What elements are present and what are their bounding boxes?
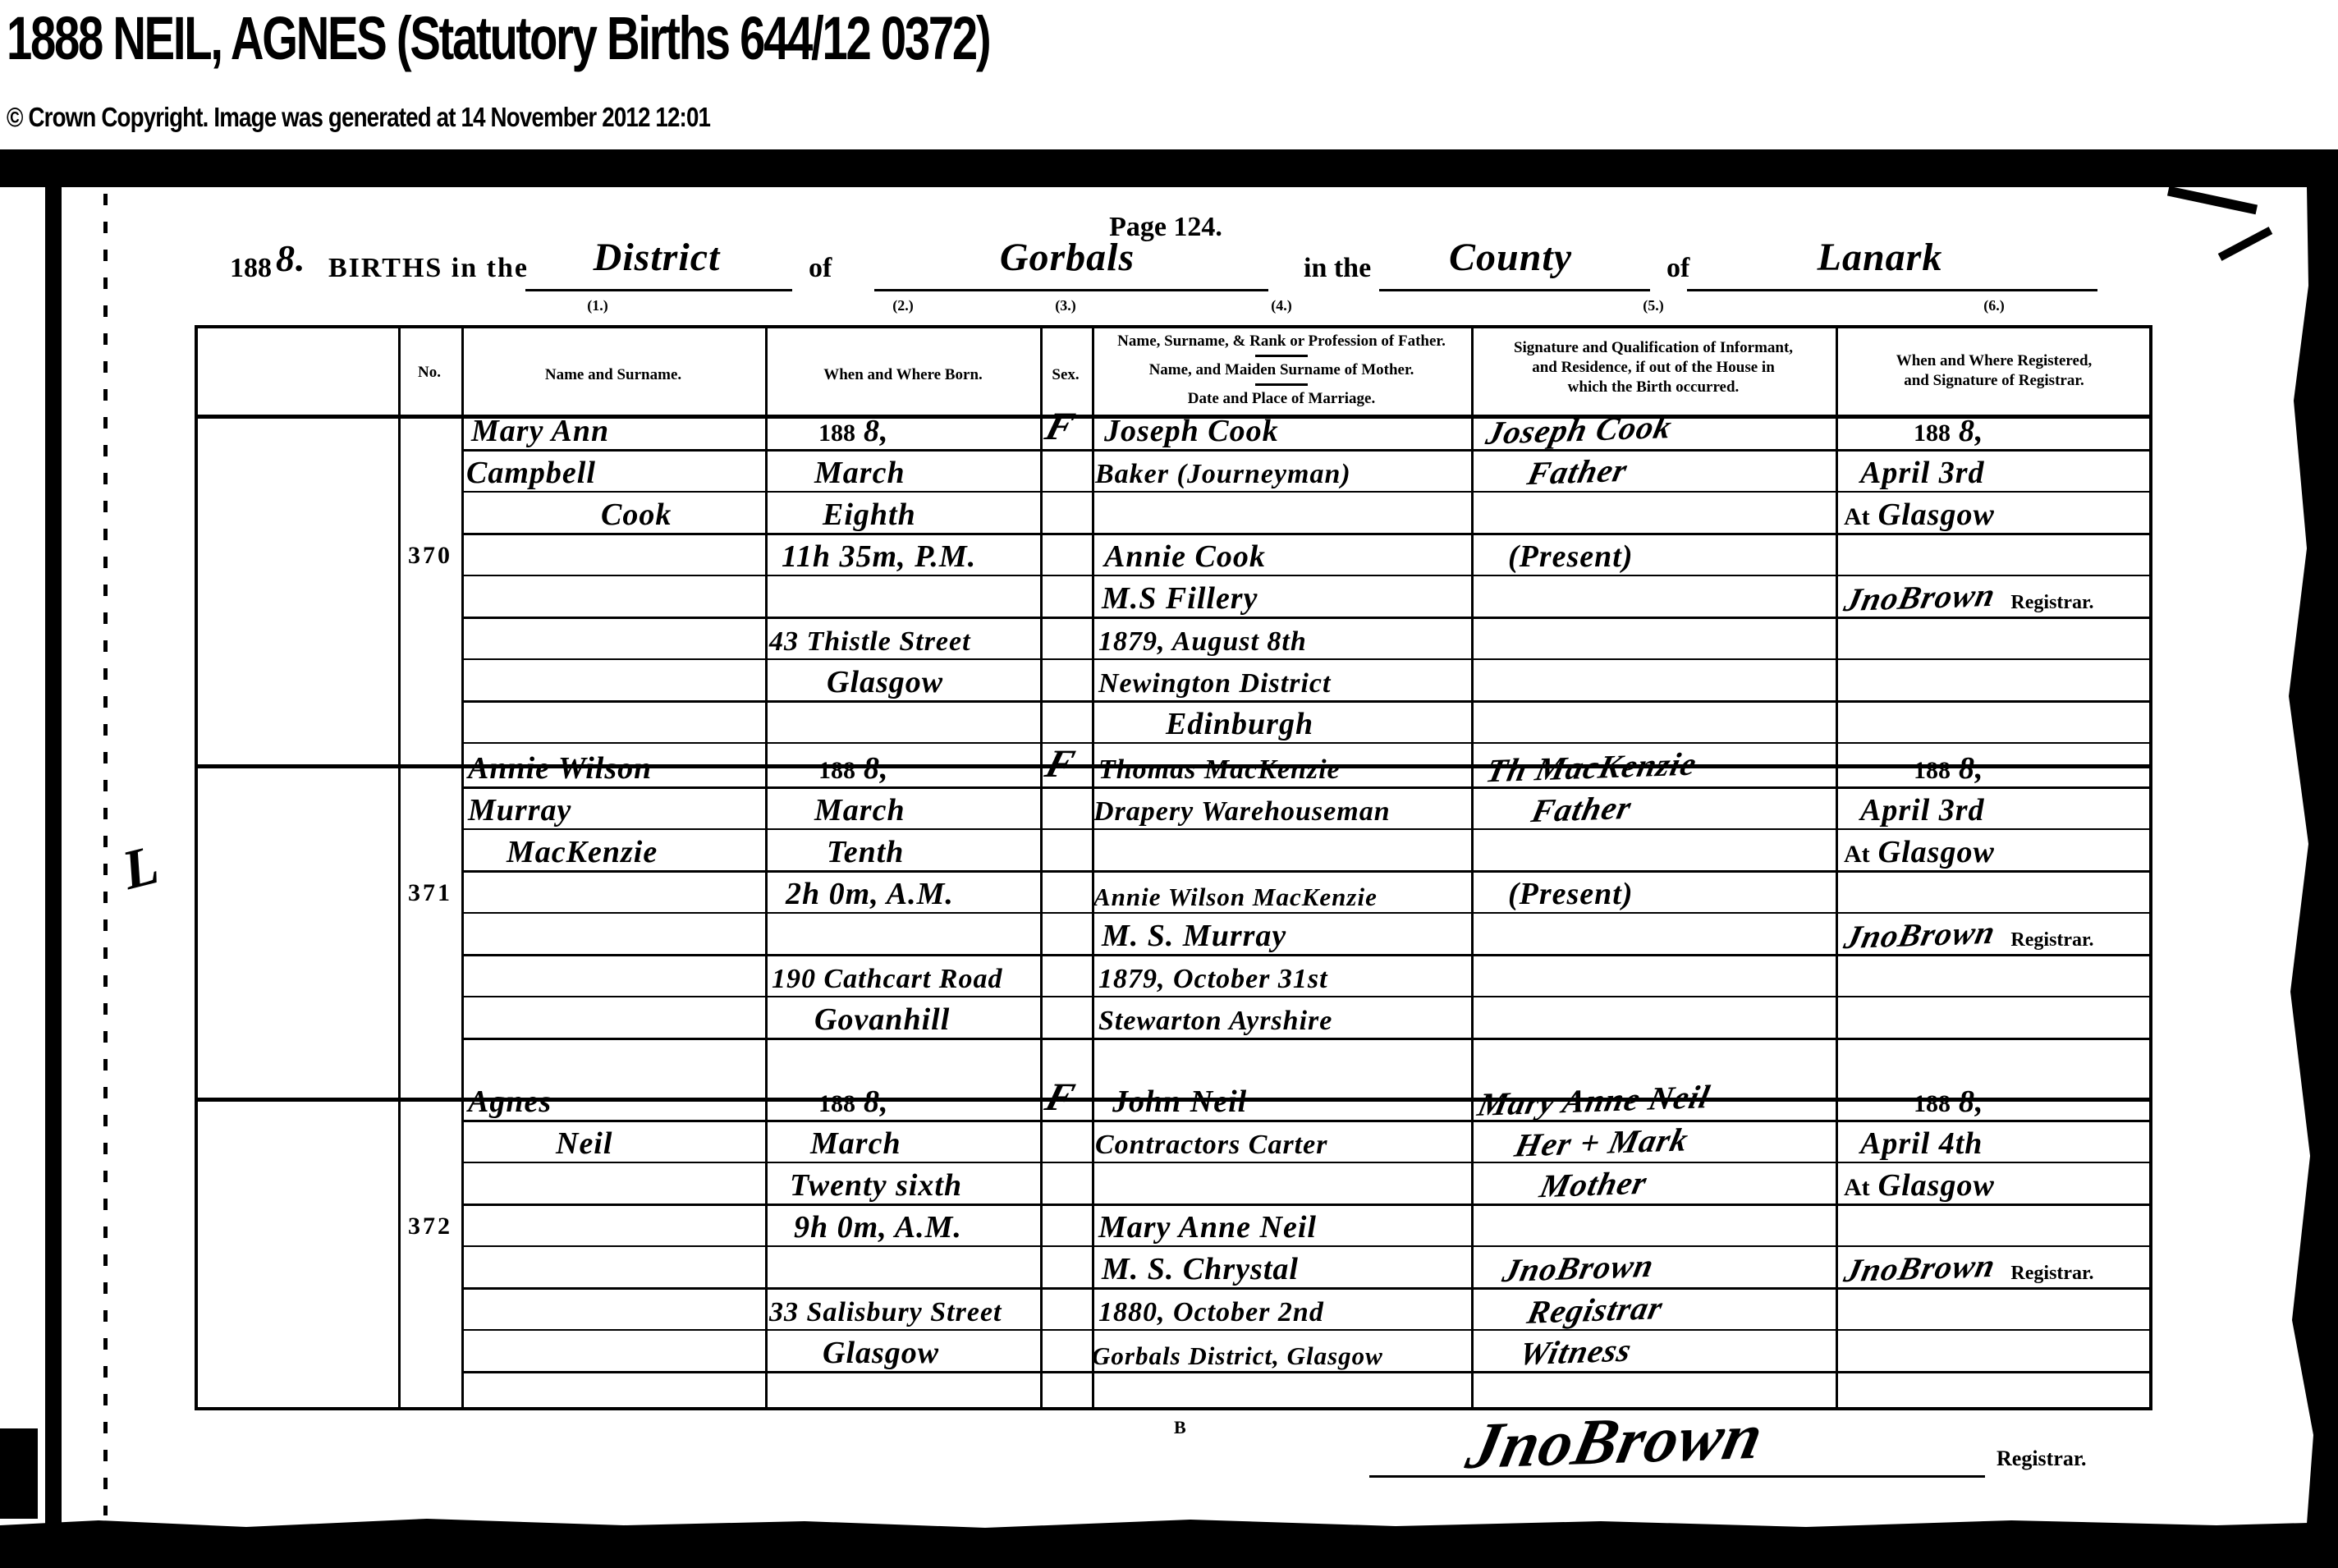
blank-underline [874, 289, 1268, 291]
entry-line: Govanhill [814, 1004, 950, 1035]
column-number-label: (2.) [892, 297, 914, 314]
entry-line: Twenty sixth [790, 1170, 962, 1201]
entry-line: Th MacKenzie [1488, 751, 1695, 784]
handwritten-text: Mary Anne Neil [1098, 1212, 1317, 1243]
entry-line: 1879, October 31st [1098, 965, 1328, 993]
ruled-line [461, 449, 2152, 452]
entry-line: M. S. Murray [1102, 920, 1286, 951]
printed-text: Registrar. [2010, 592, 2093, 613]
entry-line: Annie Wilson [468, 753, 652, 784]
entry-line: 2h 0m, A.M. [786, 878, 954, 910]
entry-line: Witness [1520, 1336, 1630, 1369]
entry-line: Father [1529, 456, 1626, 488]
handwritten-text: 8, [864, 753, 889, 784]
handwritten-text: Drapery Warehouseman [1093, 798, 1391, 826]
scanned-register-page: 1888 NEIL, AGNES (Statutory Births 644/1… [0, 0, 2338, 1568]
column-header-registered: When and Where Registered, and Signature… [1842, 351, 2146, 391]
entry-line: (Present) [1508, 541, 1634, 572]
handwritten-text: Govanhill [814, 1004, 950, 1035]
column-header-no: No. [418, 361, 441, 384]
entry-line: AtGlasgow [1844, 1170, 1995, 1201]
column-header-line: and Signature of Registrar. [1904, 371, 2084, 391]
scan-fold-line [103, 194, 108, 1515]
printed-text: At [1844, 841, 1870, 868]
printed-text: 188 [818, 757, 855, 784]
entry-line: F [1047, 745, 1074, 784]
handwritten-text: Father [1524, 454, 1630, 490]
entry-line: March [810, 1128, 901, 1159]
ruled-line [461, 575, 2152, 576]
entry-line: March [814, 457, 905, 488]
handwritten-text: MacKenzie [507, 837, 658, 868]
entry-line: JnoBrown [1504, 1252, 1653, 1285]
handwritten-text: Witness [1516, 1334, 1634, 1371]
entry-line: JnoBrownRegistrar. [1845, 1252, 2094, 1285]
entry-line: Annie Wilson MacKenzie [1093, 884, 1378, 910]
district-name-handwritten: Gorbals [1000, 238, 1135, 277]
handwritten-text: Glasgow [823, 1337, 939, 1369]
column-header-line: Signature and Qualification of Informant… [1514, 338, 1793, 358]
handwritten-text: Annie Wilson MacKenzie [1093, 884, 1378, 910]
copyright-line: © Crown Copyright. Image was generated a… [7, 102, 710, 133]
entry-line: 1888, [818, 1086, 889, 1117]
handwritten-text: 11h 35m, P.M. [782, 541, 976, 572]
ruled-line [461, 742, 2152, 744]
handwritten-text: Contractors Carter [1095, 1131, 1327, 1159]
entry-line: Glasgow [827, 667, 943, 698]
column-header-line: which the Birth occurred. [1568, 378, 1740, 397]
ruled-line [461, 870, 2152, 873]
of-label-2: of [1666, 253, 1689, 284]
entry-line: March [814, 795, 905, 826]
handwritten-text: Eighth [823, 499, 916, 530]
handwritten-text: JnoBrown [1500, 1249, 1657, 1287]
entry-line: 1888, [1914, 753, 1984, 784]
handwritten-text: Mary Anne Neil [1475, 1080, 1713, 1121]
printed-text: Registrar. [2010, 1263, 2093, 1284]
entry-line: Murray [468, 795, 571, 826]
entry-number: 372 [408, 1213, 452, 1240]
entry-line: Edinburgh [1166, 708, 1313, 740]
handwritten-text: (Present) [1508, 878, 1634, 910]
printed-text: 188 [1914, 1090, 1951, 1117]
handwritten-text: Glasgow [1878, 1170, 1995, 1201]
handwritten-text: Tenth [827, 837, 904, 868]
county-word-handwritten: County [1449, 238, 1572, 277]
registrar-signature: JnoBrown [1469, 1409, 1761, 1474]
handwritten-text: Her + Mark [1512, 1123, 1692, 1162]
district-word-handwritten: District [594, 238, 721, 277]
entry-number: 370 [408, 542, 452, 570]
entry-line: Glasgow [823, 1337, 939, 1369]
ruled-line [461, 828, 2152, 830]
column-header-line: and Residence, if out of the House in [1532, 358, 1775, 378]
corner-blob [2167, 186, 2258, 215]
handwritten-text: Glasgow [1878, 499, 1995, 530]
handwritten-text: F [1041, 407, 1080, 447]
handwritten-text: Glasgow [827, 667, 943, 698]
handwritten-text: Twenty sixth [790, 1170, 962, 1201]
ruled-line [461, 1120, 2152, 1122]
column-header-line: Name, Surname, & Rank or Profession of F… [1117, 332, 1446, 351]
ruled-line [461, 533, 2152, 535]
margin-mark: L [117, 836, 164, 898]
column-header-informant: Signature and Qualification of Informant… [1478, 338, 1829, 397]
handwritten-text: JnoBrown [1461, 1404, 1769, 1479]
handwritten-text: 2h 0m, A.M. [786, 878, 954, 910]
entry-line: 190 Cathcart Road [772, 965, 1002, 993]
handwritten-text: Joseph Cook [1483, 410, 1676, 450]
handwritten-text: 8, [1959, 753, 1984, 784]
handwritten-text: March [810, 1128, 901, 1159]
handwritten-text: M. S. Murray [1102, 920, 1286, 951]
page-footnote-b: B [1174, 1417, 1186, 1438]
entry-line: Agnes [468, 1086, 552, 1117]
ruled-line [461, 700, 2152, 703]
ruled-line [461, 1245, 2152, 1247]
entry-line: Mary Anne Neil [1098, 1212, 1317, 1243]
entry-line: Neil [556, 1128, 612, 1159]
county-name-handwritten: Lanark [1818, 238, 1943, 277]
year-printed: 188 [230, 253, 272, 284]
column-number-label: (6.) [1983, 297, 2005, 314]
printed-text: Registrar. [2010, 929, 2093, 951]
registrar-label: Registrar. [1996, 1447, 2087, 1471]
handwritten-text: Annie Wilson [468, 753, 652, 784]
entry-line: 1880, October 2nd [1098, 1299, 1324, 1327]
blank-underline [525, 289, 792, 291]
entry-line: 43 Thistle Street [769, 628, 971, 656]
entry-line: Campbell [466, 457, 596, 488]
entry-line: Tenth [827, 837, 904, 868]
handwritten-text: 33 Salisbury Street [769, 1299, 1002, 1327]
column-number-label: (4.) [1271, 297, 1292, 314]
handwritten-text: 8, [864, 415, 889, 447]
bottom-scan-bar [0, 1517, 2338, 1568]
entry-line: Cook [601, 499, 672, 530]
entry-line: April 3rd [1860, 457, 1985, 488]
handwritten-text: Th MacKenzie [1483, 748, 1700, 788]
handwritten-text: JnoBrown [1841, 579, 1998, 617]
handwritten-text: Agnes [468, 1086, 552, 1117]
entry-line: 33 Salisbury Street [769, 1299, 1002, 1327]
column-number-label: (3.) [1055, 297, 1076, 314]
in-the-label: in the [1304, 253, 1371, 284]
printed-text: 188 [1914, 757, 1951, 784]
entry-line: Mary Anne Neil [1479, 1084, 1708, 1117]
handwritten-text: 8, [864, 1086, 889, 1117]
printed-text: At [1844, 503, 1870, 530]
handwritten-text: JnoBrown [1841, 916, 1998, 954]
handwritten-text: Neil [556, 1128, 612, 1159]
entry-line: Annie Cook [1104, 541, 1266, 572]
handwritten-text: M.S Fillery [1102, 583, 1258, 614]
corner-blob [2218, 227, 2273, 261]
handwritten-text: F [1041, 1078, 1080, 1117]
handwritten-text: 190 Cathcart Road [772, 965, 1002, 993]
handwritten-text: John Neil [1112, 1086, 1247, 1117]
column-header-parents: Name, Surname, & Rank or Profession of F… [1100, 332, 1463, 408]
ruled-line [461, 954, 2152, 956]
entry-line: Newington District [1098, 670, 1331, 698]
ruled-line [461, 658, 2152, 660]
column-number-label: (1.) [587, 297, 608, 314]
entry-line: Gorbals District, Glasgow [1092, 1343, 1383, 1369]
entry-line: JnoBrownRegistrar. [1845, 581, 2094, 614]
entry-line: (Present) [1508, 878, 1634, 910]
handwritten-text: March [814, 457, 905, 488]
entry-line: M. S. Chrystal [1102, 1254, 1299, 1285]
handwritten-text: March [814, 795, 905, 826]
handwritten-text: April 4th [1860, 1128, 1983, 1159]
entry-line: JnoBrownRegistrar. [1845, 919, 2094, 951]
entry-line: AtGlasgow [1844, 499, 1995, 530]
printed-text: 188 [818, 420, 855, 447]
right-scan-edge [2282, 187, 2338, 1568]
ruled-line [461, 491, 2152, 493]
handwritten-text: (Present) [1508, 541, 1634, 572]
entry-line: 1888, [1914, 415, 1984, 447]
ruled-line [461, 1287, 2152, 1290]
page-title: 1888 NEIL, AGNES (Statutory Births 644/1… [7, 3, 989, 73]
entry-line: 11h 35m, P.M. [782, 541, 976, 572]
column-header-line: Name, and Maiden Surname of Mother. [1149, 360, 1414, 380]
handwritten-text: M. S. Chrystal [1102, 1254, 1299, 1285]
handwritten-text: Murray [468, 795, 571, 826]
handwritten-text: Cook [601, 499, 672, 530]
printed-text: 188 [818, 1090, 855, 1117]
handwritten-text: Edinburgh [1166, 708, 1313, 740]
left-scan-edge [45, 187, 62, 1568]
handwritten-text: 43 Thistle Street [769, 628, 971, 656]
handwritten-text: April 3rd [1860, 795, 1985, 826]
ruled-line [461, 1371, 2152, 1373]
handwritten-text: Stewarton Ayrshire [1098, 1007, 1332, 1035]
ruled-line [461, 617, 2152, 619]
entry-line: 9h 0m, A.M. [794, 1212, 962, 1243]
handwritten-text: JnoBrown [1841, 1249, 1998, 1287]
entry-line: April 4th [1860, 1128, 1983, 1159]
entry-line: Joseph Cook [1488, 414, 1671, 447]
column-header-born: When and Where Born. [823, 364, 983, 387]
of-label-1: of [809, 253, 832, 284]
column-header-sex: Sex. [1052, 364, 1079, 387]
handwritten-text: 8, [1959, 415, 1984, 447]
entry-line: M.S Fillery [1102, 583, 1258, 614]
handwritten-text: Baker (Journeyman) [1095, 461, 1351, 488]
entry-line: Contractors Carter [1095, 1131, 1327, 1159]
handwritten-text: Mary Ann [471, 415, 609, 447]
entry-line: Registrar [1529, 1294, 1662, 1327]
ruled-line [461, 1038, 2152, 1040]
handwritten-text: 1879, October 31st [1098, 965, 1328, 993]
entry-line: 1879, August 8th [1098, 628, 1307, 656]
handwritten-text: Mother [1537, 1167, 1650, 1203]
column-header-name: Name and Surname. [545, 364, 681, 387]
entry-line: April 3rd [1860, 795, 1985, 826]
corner-blob [0, 1428, 38, 1519]
entry-line: AtGlasgow [1844, 837, 1995, 868]
entry-line: F [1047, 1078, 1074, 1117]
handwritten-text: Joseph Cook [1104, 415, 1279, 447]
handwritten-text: Campbell [466, 457, 596, 488]
printed-text: At [1844, 1174, 1870, 1201]
entry-line: John Neil [1112, 1086, 1247, 1117]
entry-line: 1888, [818, 415, 889, 447]
handwritten-text: 1880, October 2nd [1098, 1299, 1324, 1327]
blank-underline [1379, 289, 1650, 291]
printed-text: 188 [1914, 420, 1951, 447]
column-header-line: When and Where Registered, [1896, 351, 2093, 371]
header-dash [1255, 355, 1308, 357]
entry-line: Her + Mark [1516, 1126, 1687, 1159]
column-header-line: Date and Place of Marriage. [1188, 389, 1375, 409]
entry-line: 1888, [818, 753, 889, 784]
year-handwritten: 8. [276, 240, 306, 277]
header-dash [1255, 383, 1308, 386]
entry-line: Thomas MacKenzie [1098, 756, 1341, 784]
column-divider [398, 328, 401, 1407]
ruled-line [461, 1162, 2152, 1163]
entry-line: Baker (Journeyman) [1095, 461, 1351, 488]
ruled-line [461, 996, 2152, 997]
entry-line: Eighth [823, 499, 916, 530]
handwritten-text: Gorbals District, Glasgow [1092, 1343, 1383, 1369]
ruled-line [461, 786, 2152, 789]
entry-number: 371 [408, 879, 452, 907]
ruled-line [461, 912, 2152, 914]
handwritten-text: Newington District [1098, 670, 1331, 698]
entry-line: Father [1533, 793, 1630, 826]
births-label: BIRTHS in the [328, 253, 529, 284]
handwritten-text: April 3rd [1860, 457, 1985, 488]
handwritten-text: 1879, August 8th [1098, 628, 1307, 656]
entry-line: Joseph Cook [1104, 415, 1279, 447]
handwritten-text: Father [1529, 791, 1634, 828]
handwritten-text: 9h 0m, A.M. [794, 1212, 962, 1243]
handwritten-text: F [1041, 745, 1080, 784]
ruled-line [461, 1204, 2152, 1206]
handwritten-text: Registrar [1524, 1291, 1666, 1329]
column-number-label: (5.) [1643, 297, 1664, 314]
entry-line: Stewarton Ayrshire [1098, 1007, 1332, 1035]
entry-line: Drapery Warehouseman [1093, 798, 1391, 826]
handwritten-text: 8, [1959, 1086, 1984, 1117]
handwritten-text: Glasgow [1878, 837, 1995, 868]
divider-bar [0, 149, 2338, 187]
entry-line: Mother [1541, 1168, 1646, 1201]
entry-line: 1888, [1914, 1086, 1984, 1117]
blank-underline [1687, 289, 2097, 291]
entry-line: Mary Ann [471, 415, 609, 447]
ruled-line [461, 1329, 2152, 1331]
entry-line: MacKenzie [507, 837, 658, 868]
handwritten-text: Annie Cook [1104, 541, 1266, 572]
entry-line: F [1047, 407, 1074, 447]
handwritten-text: Thomas MacKenzie [1098, 756, 1341, 784]
